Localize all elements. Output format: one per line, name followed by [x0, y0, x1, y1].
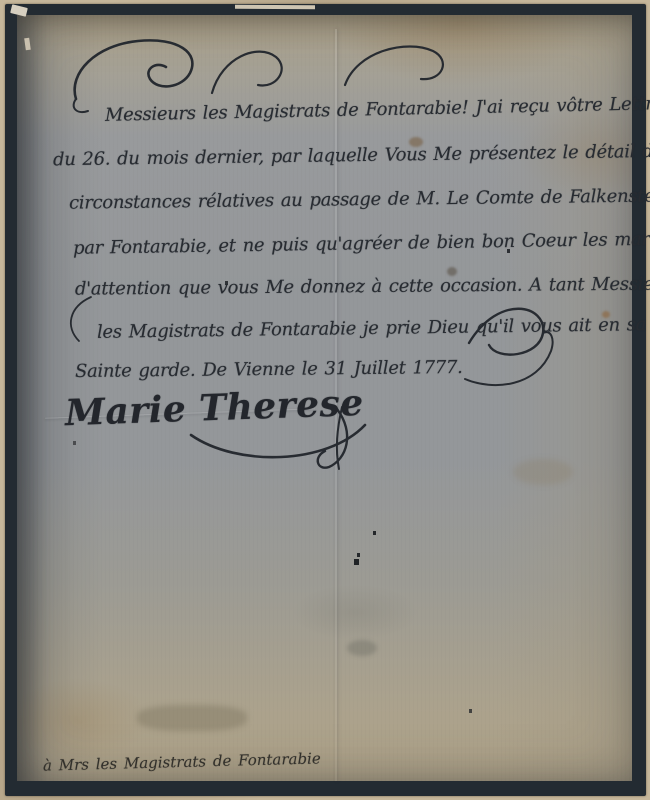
bottom-smudge [137, 705, 247, 731]
dust-specks [373, 531, 376, 535]
foxing-stain [513, 459, 573, 485]
albumen-print: Messieurs les Magistrats de Fontarabie! … [5, 4, 646, 796]
letter-line: Sainte garde. De Vienne le 31 Juillet 17… [75, 357, 463, 382]
border-chip [10, 4, 28, 17]
photograph-of-letter: { "document": { "kind": "manuscript-lett… [0, 0, 650, 800]
border-chip [235, 5, 315, 10]
letter-paper: Messieurs les Magistrats de Fontarabie! … [17, 15, 632, 781]
capital-f-flourish-icon [337, 37, 457, 92]
date-paraph-flourish-icon [459, 299, 559, 391]
gray-smudge [347, 640, 377, 656]
line-opening-flourish-icon [61, 293, 95, 343]
